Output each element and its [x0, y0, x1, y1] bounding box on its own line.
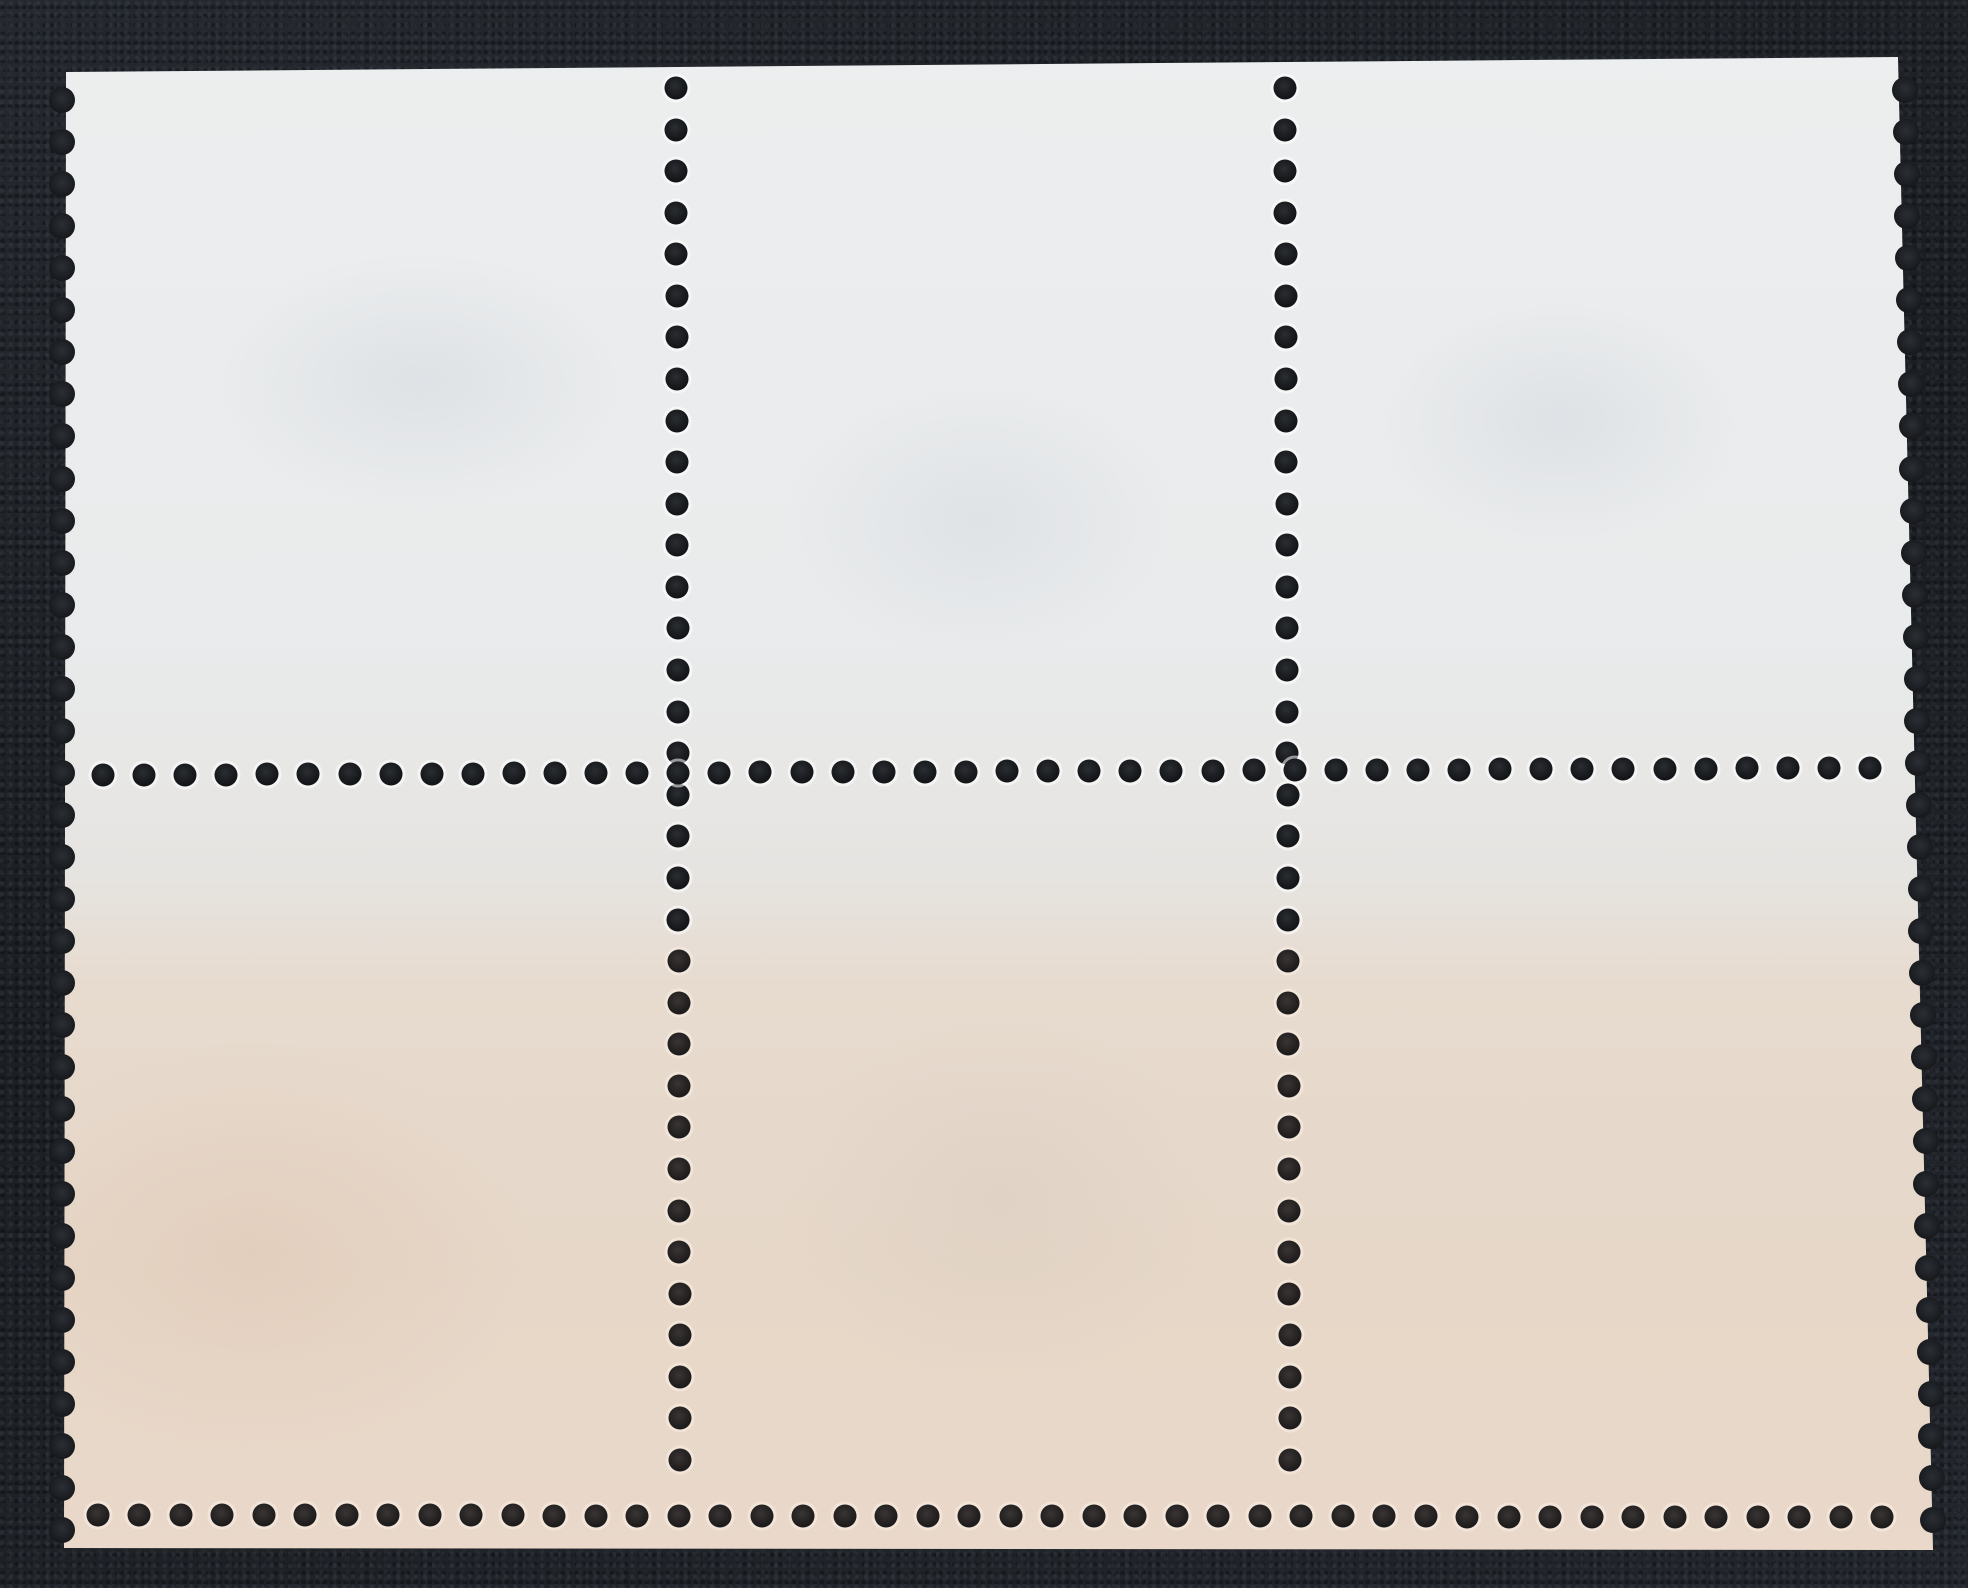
right-edge-perforation-notch — [1898, 371, 1924, 397]
perforation-hole — [1622, 1505, 1645, 1528]
perforation-hole — [92, 764, 115, 787]
perforation-hole — [1037, 760, 1060, 783]
perforation-hole — [461, 762, 484, 785]
perforation-hole — [1275, 451, 1298, 474]
perforation-hole — [338, 763, 361, 786]
right-edge-perforation-notch — [1893, 119, 1919, 145]
perforation-hole — [831, 761, 854, 784]
perforation-hole — [1373, 1505, 1396, 1528]
perforation-hole — [668, 1116, 691, 1139]
paper-show-through-shading — [0, 0, 1968, 1588]
perforation-hole — [1859, 757, 1882, 780]
perforation-hole — [666, 534, 689, 557]
perforation-hole — [666, 659, 689, 682]
stamp-block — [0, 0, 1968, 1588]
perforation-hole — [1278, 1324, 1301, 1347]
left-edge-perforation-notch — [49, 1223, 75, 1249]
perforation-hole — [668, 1199, 691, 1222]
perforation-hole — [626, 761, 649, 784]
perforation-hole — [1278, 1365, 1301, 1388]
perforation-hole — [1276, 783, 1299, 806]
perforation-hole — [543, 1504, 566, 1527]
perforation-hole — [667, 1504, 690, 1527]
perforation-hole — [1290, 1505, 1313, 1528]
left-edge-perforation-notch — [49, 255, 75, 281]
perforation-hole — [1489, 758, 1512, 781]
perforation-hole — [501, 1504, 524, 1527]
perforation-hole — [665, 368, 688, 391]
left-edge-perforation-notch — [49, 718, 75, 744]
perforation-hole — [667, 866, 690, 889]
right-edge-perforation-notch — [1895, 245, 1921, 271]
perforation-hole — [667, 1033, 690, 1056]
perforation-hole — [916, 1504, 939, 1527]
perforation-hole — [585, 762, 608, 785]
perforation-hole — [667, 783, 690, 806]
perforation-hole — [668, 1241, 691, 1264]
perforation-hole — [626, 1504, 649, 1527]
perforation-hole — [1788, 1505, 1811, 1528]
perforation-hole — [1207, 1505, 1230, 1528]
right-edge-perforation-notch — [1894, 203, 1920, 229]
right-edge-perforation-notch — [1909, 960, 1935, 986]
perforation-hole — [1278, 1241, 1301, 1264]
perforation-hole — [669, 1449, 692, 1472]
left-edge-perforation-notch — [49, 508, 75, 534]
perforation-hole — [708, 761, 731, 784]
perforation-hole — [666, 451, 689, 474]
perforation-hole — [1242, 759, 1265, 782]
perforation-hole — [1705, 1505, 1728, 1528]
perforation-hole — [1277, 1157, 1300, 1180]
right-edge-perforation-notch — [1905, 750, 1931, 776]
perforation-hole — [875, 1504, 898, 1527]
perforation-hole — [335, 1504, 358, 1527]
left-edge-perforation-notch — [49, 760, 75, 786]
perforation-hole — [1082, 1505, 1105, 1528]
right-edge-perforation-notch — [1908, 918, 1934, 944]
perforation-hole — [665, 201, 688, 224]
right-edge-perforation-notch — [1910, 1002, 1936, 1028]
left-edge-perforation-notch — [49, 1349, 75, 1375]
left-edge-perforation-notch — [49, 886, 75, 912]
perforation-hole — [1275, 368, 1298, 391]
perforation-hole — [1276, 866, 1299, 889]
perforation-hole — [1414, 1505, 1437, 1528]
right-edge-perforation-notch — [1902, 582, 1928, 608]
left-edge-perforation-notch — [49, 339, 75, 365]
left-edge-perforation-notch — [49, 550, 75, 576]
perforation-hole — [1276, 825, 1299, 848]
perforation-hole — [667, 825, 690, 848]
left-edge-perforation-notch — [49, 1138, 75, 1164]
perforation-hole — [954, 760, 977, 783]
perforation-hole — [460, 1504, 483, 1527]
perforation-hole — [1276, 659, 1299, 682]
perforation-hole — [1248, 1505, 1271, 1528]
right-edge-perforation-notch — [1907, 834, 1933, 860]
right-edge-perforation-notch — [1908, 876, 1934, 902]
perforation-hole — [1274, 284, 1297, 307]
perforation-hole — [1278, 1407, 1301, 1430]
perforation-hole — [1277, 908, 1300, 931]
right-edge-perforation-notch — [1904, 666, 1930, 692]
perforation-hole — [1735, 757, 1758, 780]
perforation-hole — [996, 760, 1019, 783]
left-edge-perforation-notch — [49, 87, 75, 113]
perforation-hole — [1119, 759, 1142, 782]
right-edge-perforation-notch — [1918, 1423, 1944, 1449]
right-edge-perforation-notch — [1906, 792, 1932, 818]
perforation-hole — [502, 762, 525, 785]
left-edge-perforation-notch — [49, 1096, 75, 1122]
perforation-hole — [872, 760, 895, 783]
perforation-hole — [666, 575, 689, 598]
perforation-hole — [297, 763, 320, 786]
perforation-hole — [1331, 1505, 1354, 1528]
left-edge-perforation-notch — [49, 1307, 75, 1333]
perforation-hole — [1275, 617, 1298, 640]
perforation-hole — [666, 617, 689, 640]
perforation-hole — [1274, 118, 1297, 141]
perforation-hole — [379, 762, 402, 785]
perforation-hole — [668, 1324, 691, 1347]
perforation-hole — [665, 243, 688, 266]
perforation-hole — [665, 326, 688, 349]
left-edge-perforation-notch — [49, 1181, 75, 1207]
perforation-hole — [1406, 758, 1429, 781]
perforation-hole — [668, 1157, 691, 1180]
perforation-hole — [665, 409, 688, 432]
perforation-hole — [1530, 758, 1553, 781]
left-edge-perforation-notch — [49, 1517, 75, 1543]
left-edge-perforation-notch — [49, 1475, 75, 1501]
right-edge-perforation-notch — [1916, 1297, 1942, 1323]
perforation-hole — [1124, 1505, 1147, 1528]
perforation-hole — [1663, 1505, 1686, 1528]
perforation-hole — [1274, 201, 1297, 224]
right-edge-perforation-notch — [1894, 161, 1920, 187]
left-edge-perforation-notch — [49, 129, 75, 155]
right-edge-perforation-notch — [1901, 540, 1927, 566]
perforation-hole — [665, 284, 688, 307]
left-edge-perforation-notch — [49, 676, 75, 702]
perforation-hole — [1165, 1505, 1188, 1528]
perforation-hole — [667, 1074, 690, 1097]
perforation-hole — [174, 763, 197, 786]
perforation-hole — [1201, 759, 1224, 782]
right-edge-perforation-notch — [1918, 1381, 1944, 1407]
perforation-hole — [1456, 1505, 1479, 1528]
left-edge-perforation-notch — [49, 381, 75, 407]
perforation-hole — [252, 1504, 275, 1527]
right-edge-perforation-notch — [1919, 1465, 1945, 1491]
left-edge-perforation-notch — [49, 802, 75, 828]
perforation-hole — [913, 760, 936, 783]
perforation-hole — [1277, 950, 1300, 973]
left-edge-perforation-notch — [49, 844, 75, 870]
left-edge-perforation-notch — [49, 634, 75, 660]
perforation-hole — [1278, 1282, 1301, 1305]
perforation-hole — [1277, 1116, 1300, 1139]
left-edge-perforation-notch — [49, 297, 75, 323]
perforation-hole — [544, 762, 567, 785]
perforation-hole — [1653, 757, 1676, 780]
left-edge-perforation-notch — [49, 1265, 75, 1291]
perforation-hole — [169, 1504, 192, 1527]
right-edge-perforation-notch — [1912, 1086, 1938, 1112]
right-edge-perforation-notch — [1892, 77, 1918, 103]
perforation-hole — [1776, 757, 1799, 780]
left-edge-perforation-notch — [49, 928, 75, 954]
left-edge-perforation-notch — [49, 1012, 75, 1038]
perforation-hole — [668, 1282, 691, 1305]
perforation-hole — [1278, 1199, 1301, 1222]
perforation-hole — [1276, 700, 1299, 723]
perforation-hole — [665, 77, 688, 100]
perforation-hole — [1160, 759, 1183, 782]
perforation-hole — [420, 762, 443, 785]
perforation-hole — [1277, 1074, 1300, 1097]
left-edge-perforation-notch — [49, 171, 75, 197]
perforation-hole — [792, 1504, 815, 1527]
perforation-hole — [749, 761, 772, 784]
perforation-hole — [1274, 243, 1297, 266]
perforation-hole — [1041, 1505, 1064, 1528]
perforation-hole — [1275, 409, 1298, 432]
perforation-hole — [665, 160, 688, 183]
perforation-hole — [790, 761, 813, 784]
left-edge-perforation-notch — [49, 592, 75, 618]
perforation-hole — [999, 1505, 1022, 1528]
perforation-hole — [1580, 1505, 1603, 1528]
perforation-hole — [1078, 760, 1101, 783]
right-edge-perforation-notch — [1917, 1339, 1943, 1365]
left-edge-perforation-notch — [49, 1054, 75, 1080]
perforation-hole — [958, 1504, 981, 1527]
perforation-hole — [294, 1504, 317, 1527]
right-edge-perforation-notch — [1913, 1128, 1939, 1154]
perforation-hole — [1539, 1505, 1562, 1528]
perforation-hole — [1324, 759, 1347, 782]
perforation-hole — [1279, 1449, 1302, 1472]
left-edge-perforation-notch — [49, 213, 75, 239]
perforation-hole — [1746, 1505, 1769, 1528]
right-edge-perforation-notch — [1914, 1213, 1940, 1239]
perforation-hole — [833, 1504, 856, 1527]
right-edge-perforation-notch — [1920, 1507, 1946, 1533]
right-edge-perforation-notch — [1896, 287, 1922, 313]
perforation-hole — [668, 1407, 691, 1430]
perforation-hole — [1817, 757, 1840, 780]
left-edge-perforation-notch — [49, 423, 75, 449]
perforation-hole — [1871, 1506, 1894, 1529]
right-edge-perforation-notch — [1911, 1044, 1937, 1070]
perforation-hole — [584, 1504, 607, 1527]
perforation-hole — [215, 763, 238, 786]
perforation-hole — [377, 1504, 400, 1527]
perforation-hole — [667, 991, 690, 1014]
perforation-hole — [1275, 492, 1298, 515]
perforation-hole — [211, 1504, 234, 1527]
perforation-hole — [667, 908, 690, 931]
perforation-hole — [1274, 160, 1297, 183]
right-edge-perforation-notch — [1915, 1255, 1941, 1281]
perforation-hole — [1694, 757, 1717, 780]
right-edge-perforation-notch — [1903, 624, 1929, 650]
perforation-hole — [709, 1504, 732, 1527]
left-edge-perforation-notch — [49, 1391, 75, 1417]
perforation-hole — [1448, 758, 1471, 781]
perforation-hole — [1277, 991, 1300, 1014]
perforation-hole — [133, 763, 156, 786]
perforation-hole — [128, 1504, 151, 1527]
perforation-hole — [667, 950, 690, 973]
perforation-hole — [750, 1504, 773, 1527]
perforation-hole — [1275, 575, 1298, 598]
perforation-hole — [1829, 1505, 1852, 1528]
perforation-hole — [1571, 758, 1594, 781]
perforation-hole — [1365, 758, 1388, 781]
perforation-hole — [87, 1504, 110, 1527]
perforation-hole — [418, 1504, 441, 1527]
perforation-hole — [1275, 534, 1298, 557]
perforation-hole — [1283, 759, 1306, 782]
perforation-hole — [1497, 1505, 1520, 1528]
perforation-hole — [1274, 326, 1297, 349]
right-edge-perforation-notch — [1900, 498, 1926, 524]
perforation-hole — [666, 492, 689, 515]
perforation-hole — [1277, 1033, 1300, 1056]
perforation-hole — [1274, 77, 1297, 100]
left-edge-perforation-notch — [49, 1433, 75, 1459]
perforation-hole — [1612, 757, 1635, 780]
right-edge-perforation-notch — [1913, 1171, 1939, 1197]
right-edge-perforation-notch — [1899, 456, 1925, 482]
left-edge-perforation-notch — [49, 970, 75, 996]
right-edge-perforation-notch — [1899, 413, 1925, 439]
perforation-hole — [666, 700, 689, 723]
perforation-hole — [668, 1365, 691, 1388]
perforation-hole — [256, 763, 279, 786]
perforation-hole — [667, 761, 690, 784]
right-edge-perforation-notch — [1897, 329, 1923, 355]
left-edge-perforation-notch — [49, 466, 75, 492]
right-edge-perforation-notch — [1904, 708, 1930, 734]
perforation-hole — [665, 118, 688, 141]
